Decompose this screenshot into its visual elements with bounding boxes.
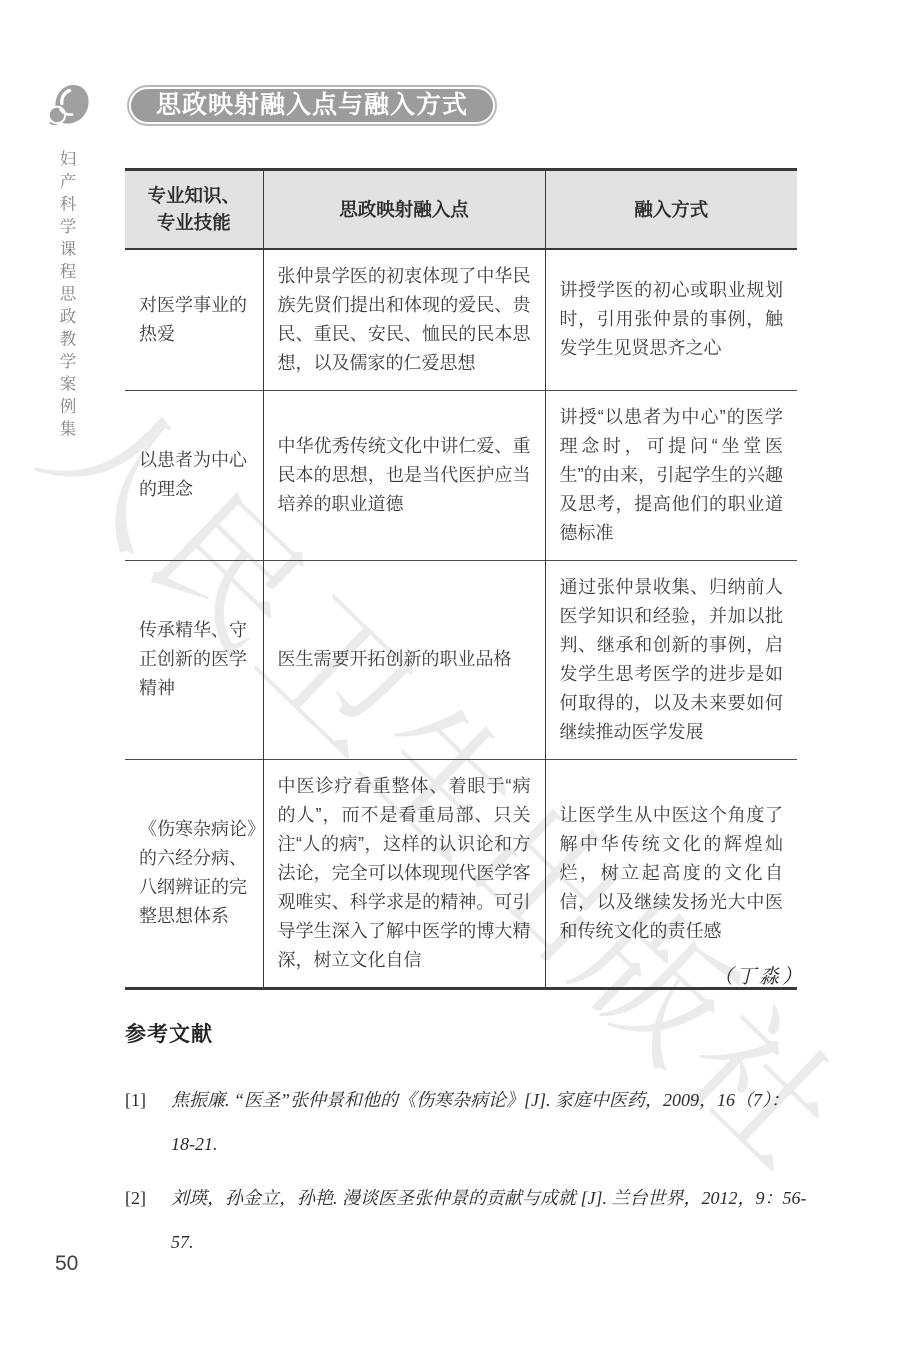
- cell-knowledge: 《伤寒杂病论》的六经分病、八纲辨证的完整思想体系: [125, 759, 263, 988]
- cell-method: 通过张仲景收集、归纳前人医学知识和经验，并加以批判、继承和创新的事例，启发学生思…: [545, 560, 797, 759]
- table-row: 对医学事业的热爱 张仲景学医的初衷体现了中华民族先贤们提出和体现的爱民、贵民、重…: [125, 249, 797, 391]
- col-header-point: 思政映射融入点: [263, 170, 545, 249]
- col-header-method: 融入方式: [545, 170, 797, 249]
- cell-method: 讲授“以患者为中心”的医学理念时，可提问“坐堂医生”的由来，引起学生的兴趣及思考…: [545, 390, 797, 560]
- reference-marker: [2]: [125, 1176, 146, 1220]
- reference-text: 焦振廉. “医圣”张仲景和他的《伤寒杂病论》[J]. 家庭中医药，2009，16…: [171, 1090, 789, 1154]
- cell-point: 中医诊疗看重整体、着眼于“病的人”，而不是看重局部、只关注“人的病”，这样的认识…: [263, 759, 545, 988]
- table-row: 以患者为中心的理念 中华优秀传统文化中讲仁爱、重民本的思想，也是当代医护应当培养…: [125, 390, 797, 560]
- author-credit: （丁淼）: [125, 960, 805, 989]
- cell-point: 中华优秀传统文化中讲仁爱、重民本的思想，也是当代医护应当培养的职业道德: [263, 390, 545, 560]
- page-number: 50: [55, 1252, 78, 1276]
- cell-method: 让医学生从中医这个角度了解中华传统文化的辉煌灿烂，树立起高度的文化自信，以及继续…: [545, 759, 797, 988]
- reference-text: 刘瑛，孙金立，孙艳. 漫谈医圣张仲景的贡献与成就 [J]. 兰台世界，2012，…: [171, 1188, 807, 1252]
- references-heading: 参考文献: [125, 1018, 809, 1048]
- reference-item: [2] 刘瑛，孙金立，孙艳. 漫谈医圣张仲景的贡献与成就 [J]. 兰台世界，2…: [125, 1176, 809, 1264]
- reference-marker: [1]: [125, 1078, 146, 1122]
- book-title-vertical: 妇产科学课程思政教学案例集: [54, 150, 78, 443]
- col-header-knowledge: 专业知识、 专业技能: [125, 170, 263, 249]
- table-row: 《伤寒杂病论》的六经分病、八纲辨证的完整思想体系 中医诊疗看重整体、着眼于“病的…: [125, 759, 797, 988]
- table-row: 传承精华、守正创新的医学精神 医生需要开拓创新的职业品格 通过张仲景收集、归纳前…: [125, 560, 797, 759]
- cell-point: 张仲景学医的初衷体现了中华民族先贤们提出和体现的爱民、贵民、重民、安民、恤民的民…: [263, 249, 545, 391]
- cell-point: 医生需要开拓创新的职业品格: [263, 560, 545, 759]
- mother-baby-logo-icon: [44, 84, 90, 132]
- cell-knowledge: 对医学事业的热爱: [125, 249, 263, 391]
- cell-knowledge: 以患者为中心的理念: [125, 390, 263, 560]
- section-title-badge: 思政映射融入点与融入方式: [129, 87, 495, 124]
- cell-knowledge: 传承精华、守正创新的医学精神: [125, 560, 263, 759]
- reference-item: [1] 焦振廉. “医圣”张仲景和他的《伤寒杂病论》[J]. 家庭中医药，200…: [125, 1078, 809, 1166]
- cell-method: 讲授学医的初心或职业规划时，引用张仲景的事例，触发学生见贤思齐之心: [545, 249, 797, 391]
- references-section: 参考文献 [1] 焦振廉. “医圣”张仲景和他的《伤寒杂病论》[J]. 家庭中医…: [125, 1018, 809, 1274]
- reference-list: [1] 焦振廉. “医圣”张仲景和他的《伤寒杂病论》[J]. 家庭中医药，200…: [125, 1078, 809, 1264]
- csz-mapping-table: 专业知识、 专业技能 思政映射融入点 融入方式 对医学事业的热爱 张仲景学医的初…: [125, 168, 797, 990]
- table-header-row: 专业知识、 专业技能 思政映射融入点 融入方式: [125, 170, 797, 249]
